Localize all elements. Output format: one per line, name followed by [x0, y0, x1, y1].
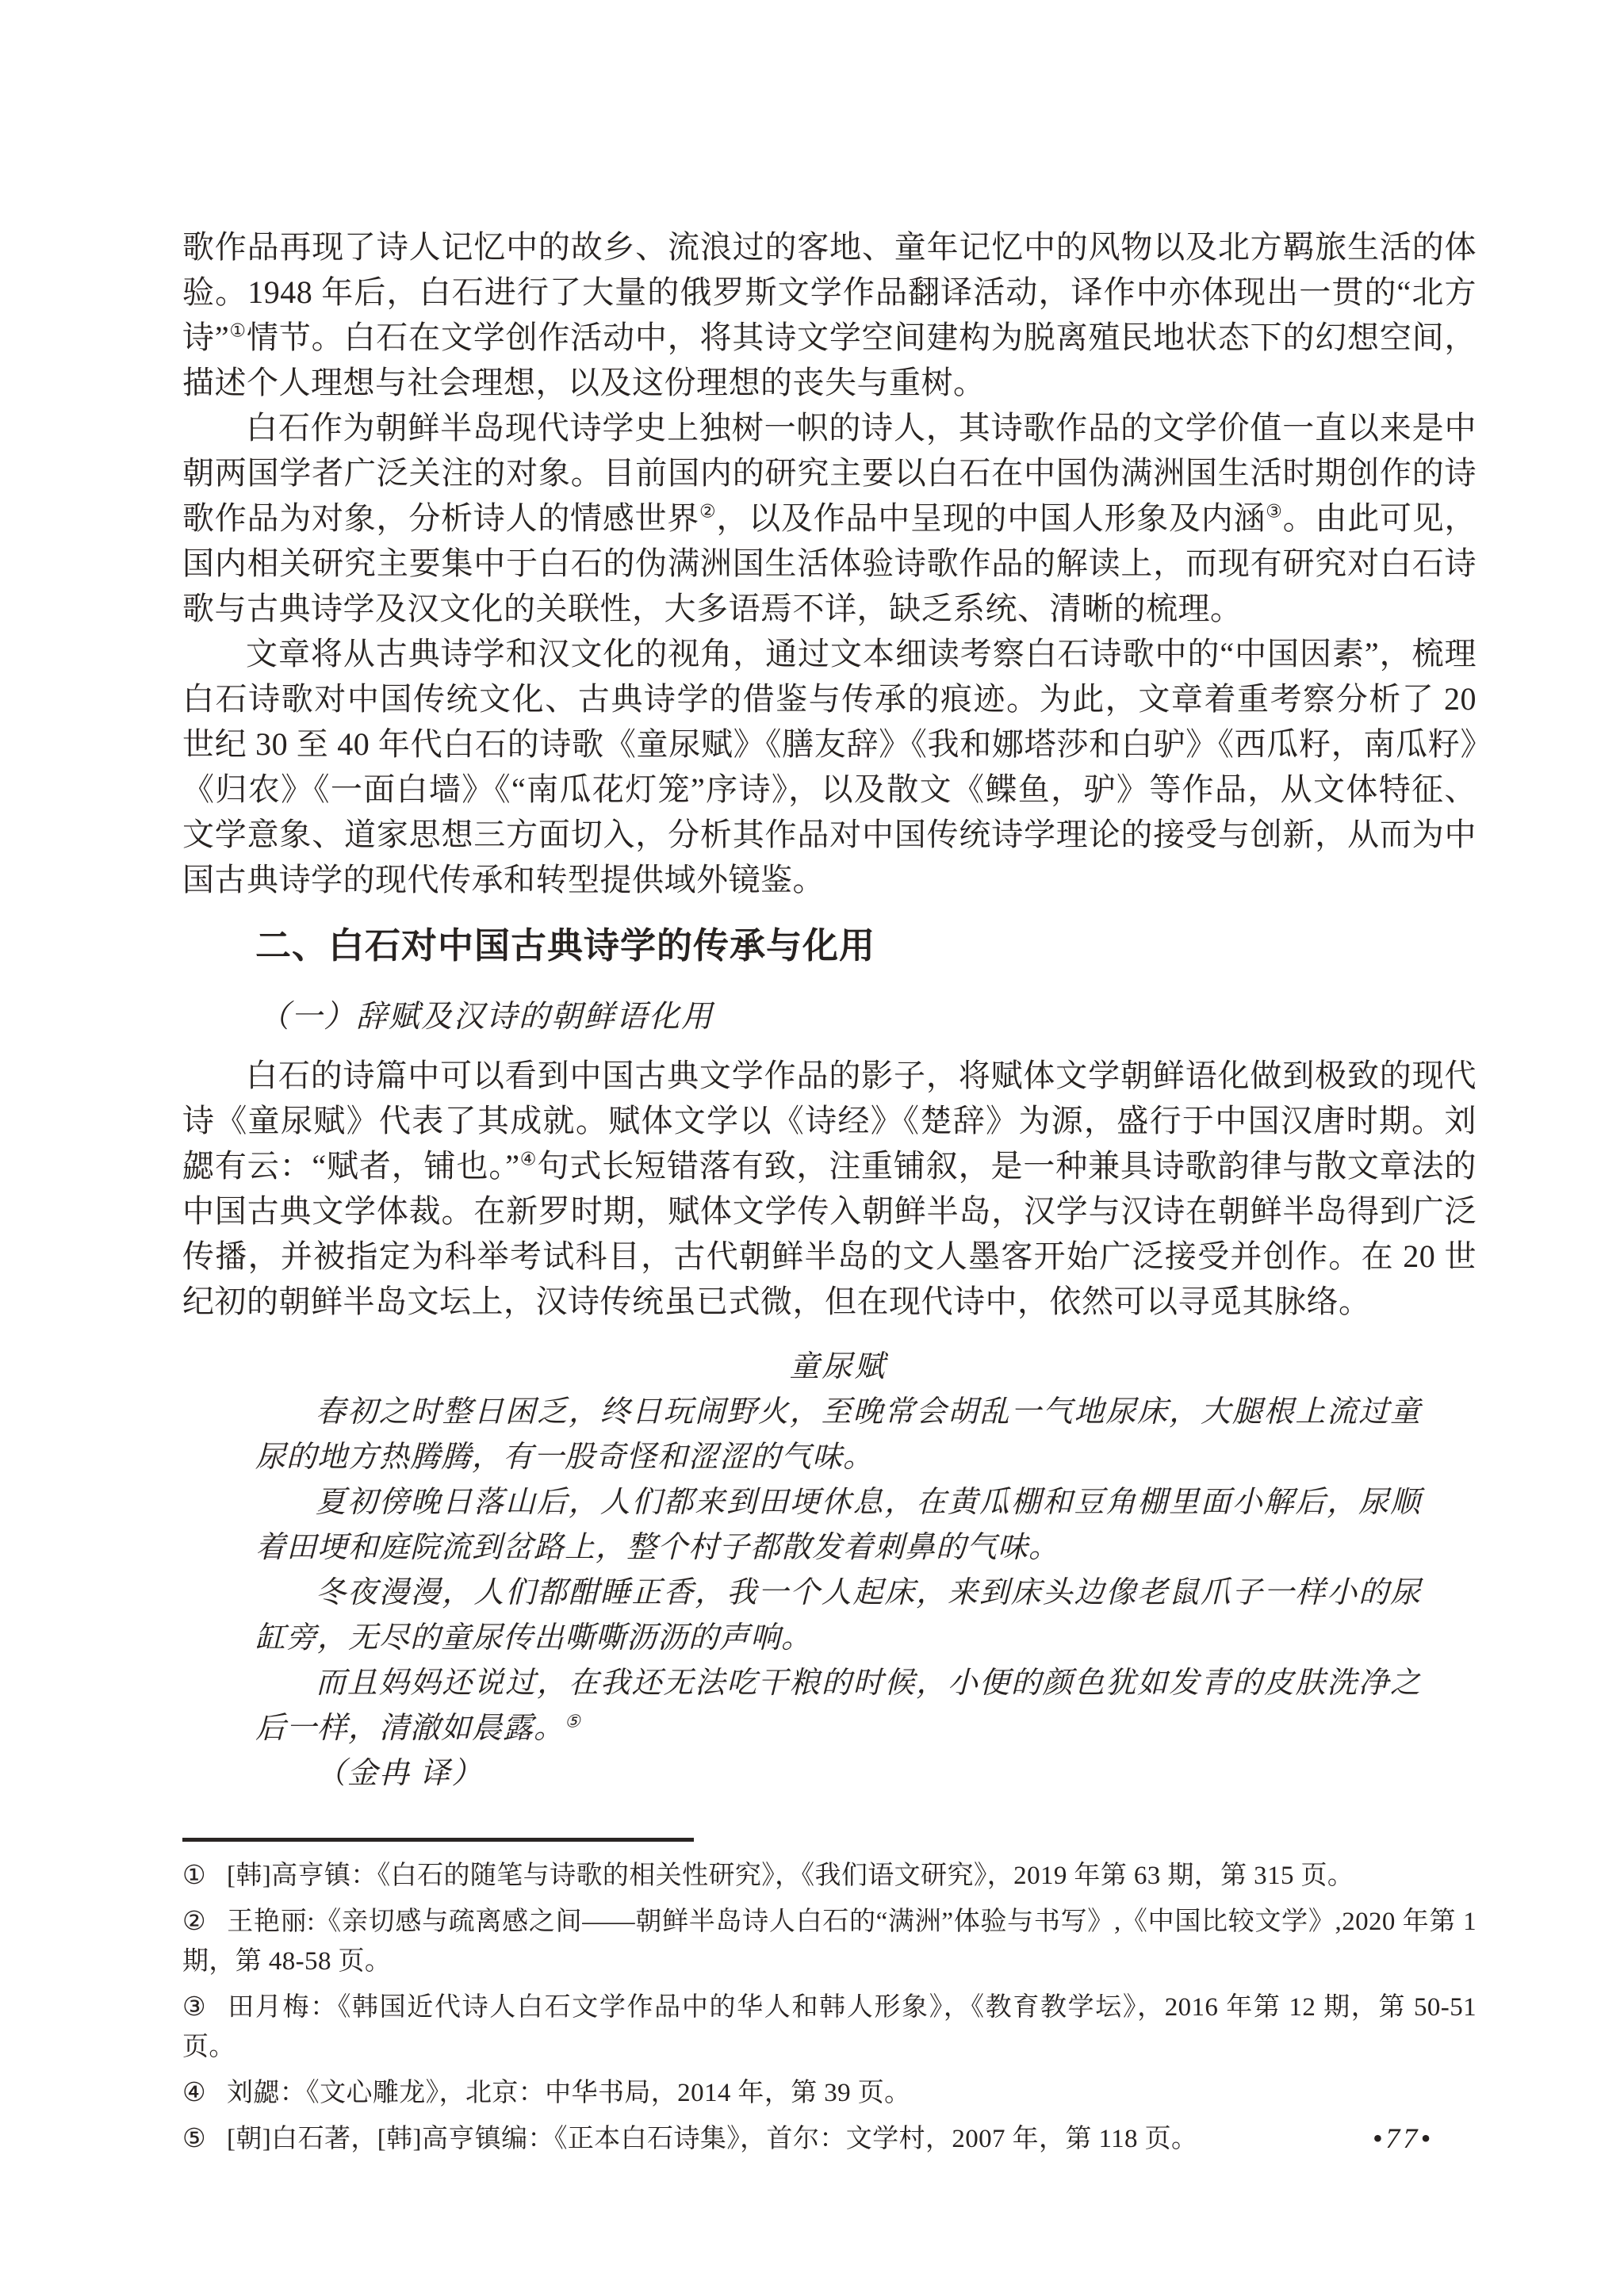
document-page: 歌作品再现了诗人记忆中的故乡、流浪过的客地、童年记忆中的风物以及北方羁旅生活的体… — [0, 0, 1624, 2296]
page-number: •77• — [1373, 2122, 1434, 2155]
footnote-ref-3: ③ — [1266, 502, 1283, 522]
footnote-1-marker: ① — [182, 1856, 206, 1896]
footnote-3-marker: ③ — [182, 1988, 206, 2027]
paragraph-2: 白石作为朝鲜半岛现代诗学史上独树一帜的诗人，其诗歌作品的文学价值一直以来是中朝两… — [182, 405, 1477, 631]
footnote-ref-5: ⑤ — [565, 1711, 581, 1731]
footnote-2: ②王艳丽:《亲切感与疏离感之间——朝鲜半岛诗人白石的“满洲”体验与书写》,《中国… — [182, 1902, 1477, 1981]
footnotes-section: ①[韩]高亨镇：《白石的随笔与诗歌的相关性研究》，《我们语文研究》，2019 年… — [182, 1838, 1477, 2159]
page-body: 歌作品再现了诗人记忆中的故乡、流浪过的客地、童年记忆中的风物以及北方羁旅生活的体… — [182, 224, 1477, 1797]
footnote-3: ③田月梅：《韩国近代诗人白石文学作品中的华人和韩人形象》，《教育教学坛》，201… — [182, 1988, 1477, 2067]
footnote-ref-4: ④ — [519, 1150, 537, 1170]
paragraph-2-text-cont: ，以及作品中呈现的中国人形象及内涵 — [717, 500, 1266, 536]
footnote-5-marker: ⑤ — [182, 2119, 206, 2159]
footnote-4-text: 刘勰：《文心雕龙》，北京：中华书局，2014 年，第 39 页。 — [227, 2079, 911, 2107]
paragraph-1: 歌作品再现了诗人记忆中的故乡、流浪过的客地、童年记忆中的风物以及北方羁旅生活的体… — [182, 224, 1477, 405]
footnote-5: ⑤[朝]白石著，[韩]高亨镇编：《正本白石诗集》，首尔：文学村，2007 年，第… — [182, 2119, 1477, 2159]
paragraph-1-text-cont: 情节。白石在文学创作活动中，将其诗文学空间建构为脱离殖民地状态下的幻想空间，描述… — [182, 320, 1477, 400]
poem-title: 童尿赋 — [255, 1345, 1421, 1390]
poem-stanza-4: 而且妈妈还说过，在我还无法吃干粮的时候，小便的颜色犹如发青的皮肤洗净之后一样，清… — [255, 1661, 1421, 1751]
footnote-1-text: [韩]高亨镇：《白石的随笔与诗歌的相关性研究》，《我们语文研究》，2019 年第… — [227, 1862, 1354, 1890]
poem-translator: （金冉 译） — [255, 1751, 1421, 1797]
footnote-1: ①[韩]高亨镇：《白石的随笔与诗歌的相关性研究》，《我们语文研究》，2019 年… — [182, 1856, 1477, 1896]
poem-block: 童尿赋 春初之时整日困乏，终日玩闹野火，至晚常会胡乱一气地尿床，大腿根上流过童尿… — [255, 1345, 1421, 1797]
footnote-2-marker: ② — [182, 1902, 206, 1942]
footnote-4-marker: ④ — [182, 2073, 206, 2113]
footnote-4: ④刘勰：《文心雕龙》，北京：中华书局，2014 年，第 39 页。 — [182, 2073, 1477, 2113]
subsection-heading: （一）辞赋及汉诗的朝鲜语化用 — [182, 996, 1477, 1039]
footnote-5-text: [朝]白石著，[韩]高亨镇编：《正本白石诗集》，首尔：文学村，2007 年，第 … — [227, 2125, 1197, 2153]
footnote-ref-2: ② — [699, 502, 717, 522]
poem-stanza-3: 冬夜漫漫，人们都酣睡正香，我一个人起床，来到床头边像老鼠爪子一样小的尿缸旁，无尽… — [255, 1571, 1421, 1661]
poem-stanza-2: 夏初傍晚日落山后，人们都来到田埂休息，在黄瓜棚和豆角棚里面小解后，尿顺着田埂和庭… — [255, 1480, 1421, 1571]
section-heading: 二、白石对中国古典诗学的传承与化用 — [182, 921, 1477, 970]
poem-stanza-1: 春初之时整日困乏，终日玩闹野火，至晚常会胡乱一气地尿床，大腿根上流过童尿的地方热… — [255, 1390, 1421, 1480]
paragraph-3: 文章将从古典诗学和汉文化的视角，通过文本细读考察白石诗歌中的“中国因素”，梳理白… — [182, 631, 1477, 902]
footnote-3-text: 田月梅：《韩国近代诗人白石文学作品中的华人和韩人形象》，《教育教学坛》，2016… — [182, 1993, 1477, 2061]
poem-stanza-4-text: 而且妈妈还说过，在我还无法吃干粮的时候，小便的颜色犹如发青的皮肤洗净之后一样，清… — [255, 1667, 1421, 1745]
footnote-ref-1: ① — [229, 321, 247, 342]
paragraph-3-text: 文章将从古典诗学和汉文化的视角，通过文本细读考察白石诗歌中的“中国因素”，梳理白… — [182, 636, 1477, 897]
footnote-2-text: 王艳丽:《亲切感与疏离感之间——朝鲜半岛诗人白石的“满洲”体验与书写》,《中国比… — [182, 1908, 1477, 1976]
footnote-separator — [182, 1838, 694, 1842]
paragraph-4: 白石的诗篇中可以看到中国古典文学作品的影子，将赋体文学朝鲜语化做到极致的现代诗《… — [182, 1053, 1477, 1324]
